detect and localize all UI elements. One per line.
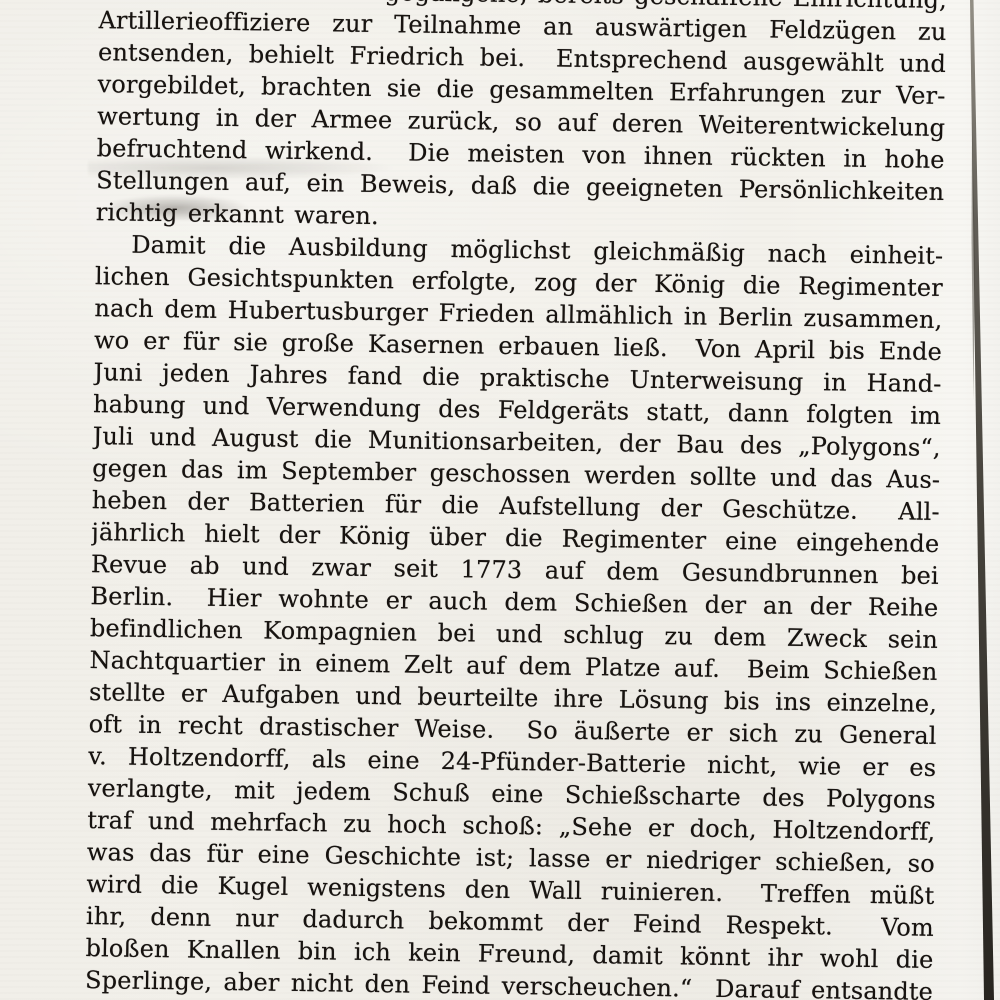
scanned-book-page: gegangene, bereits geschaffene Einrichtu… [0,0,1000,1000]
page-text-block: gegangene, bereits geschaffene Einrichtu… [85,0,947,1000]
